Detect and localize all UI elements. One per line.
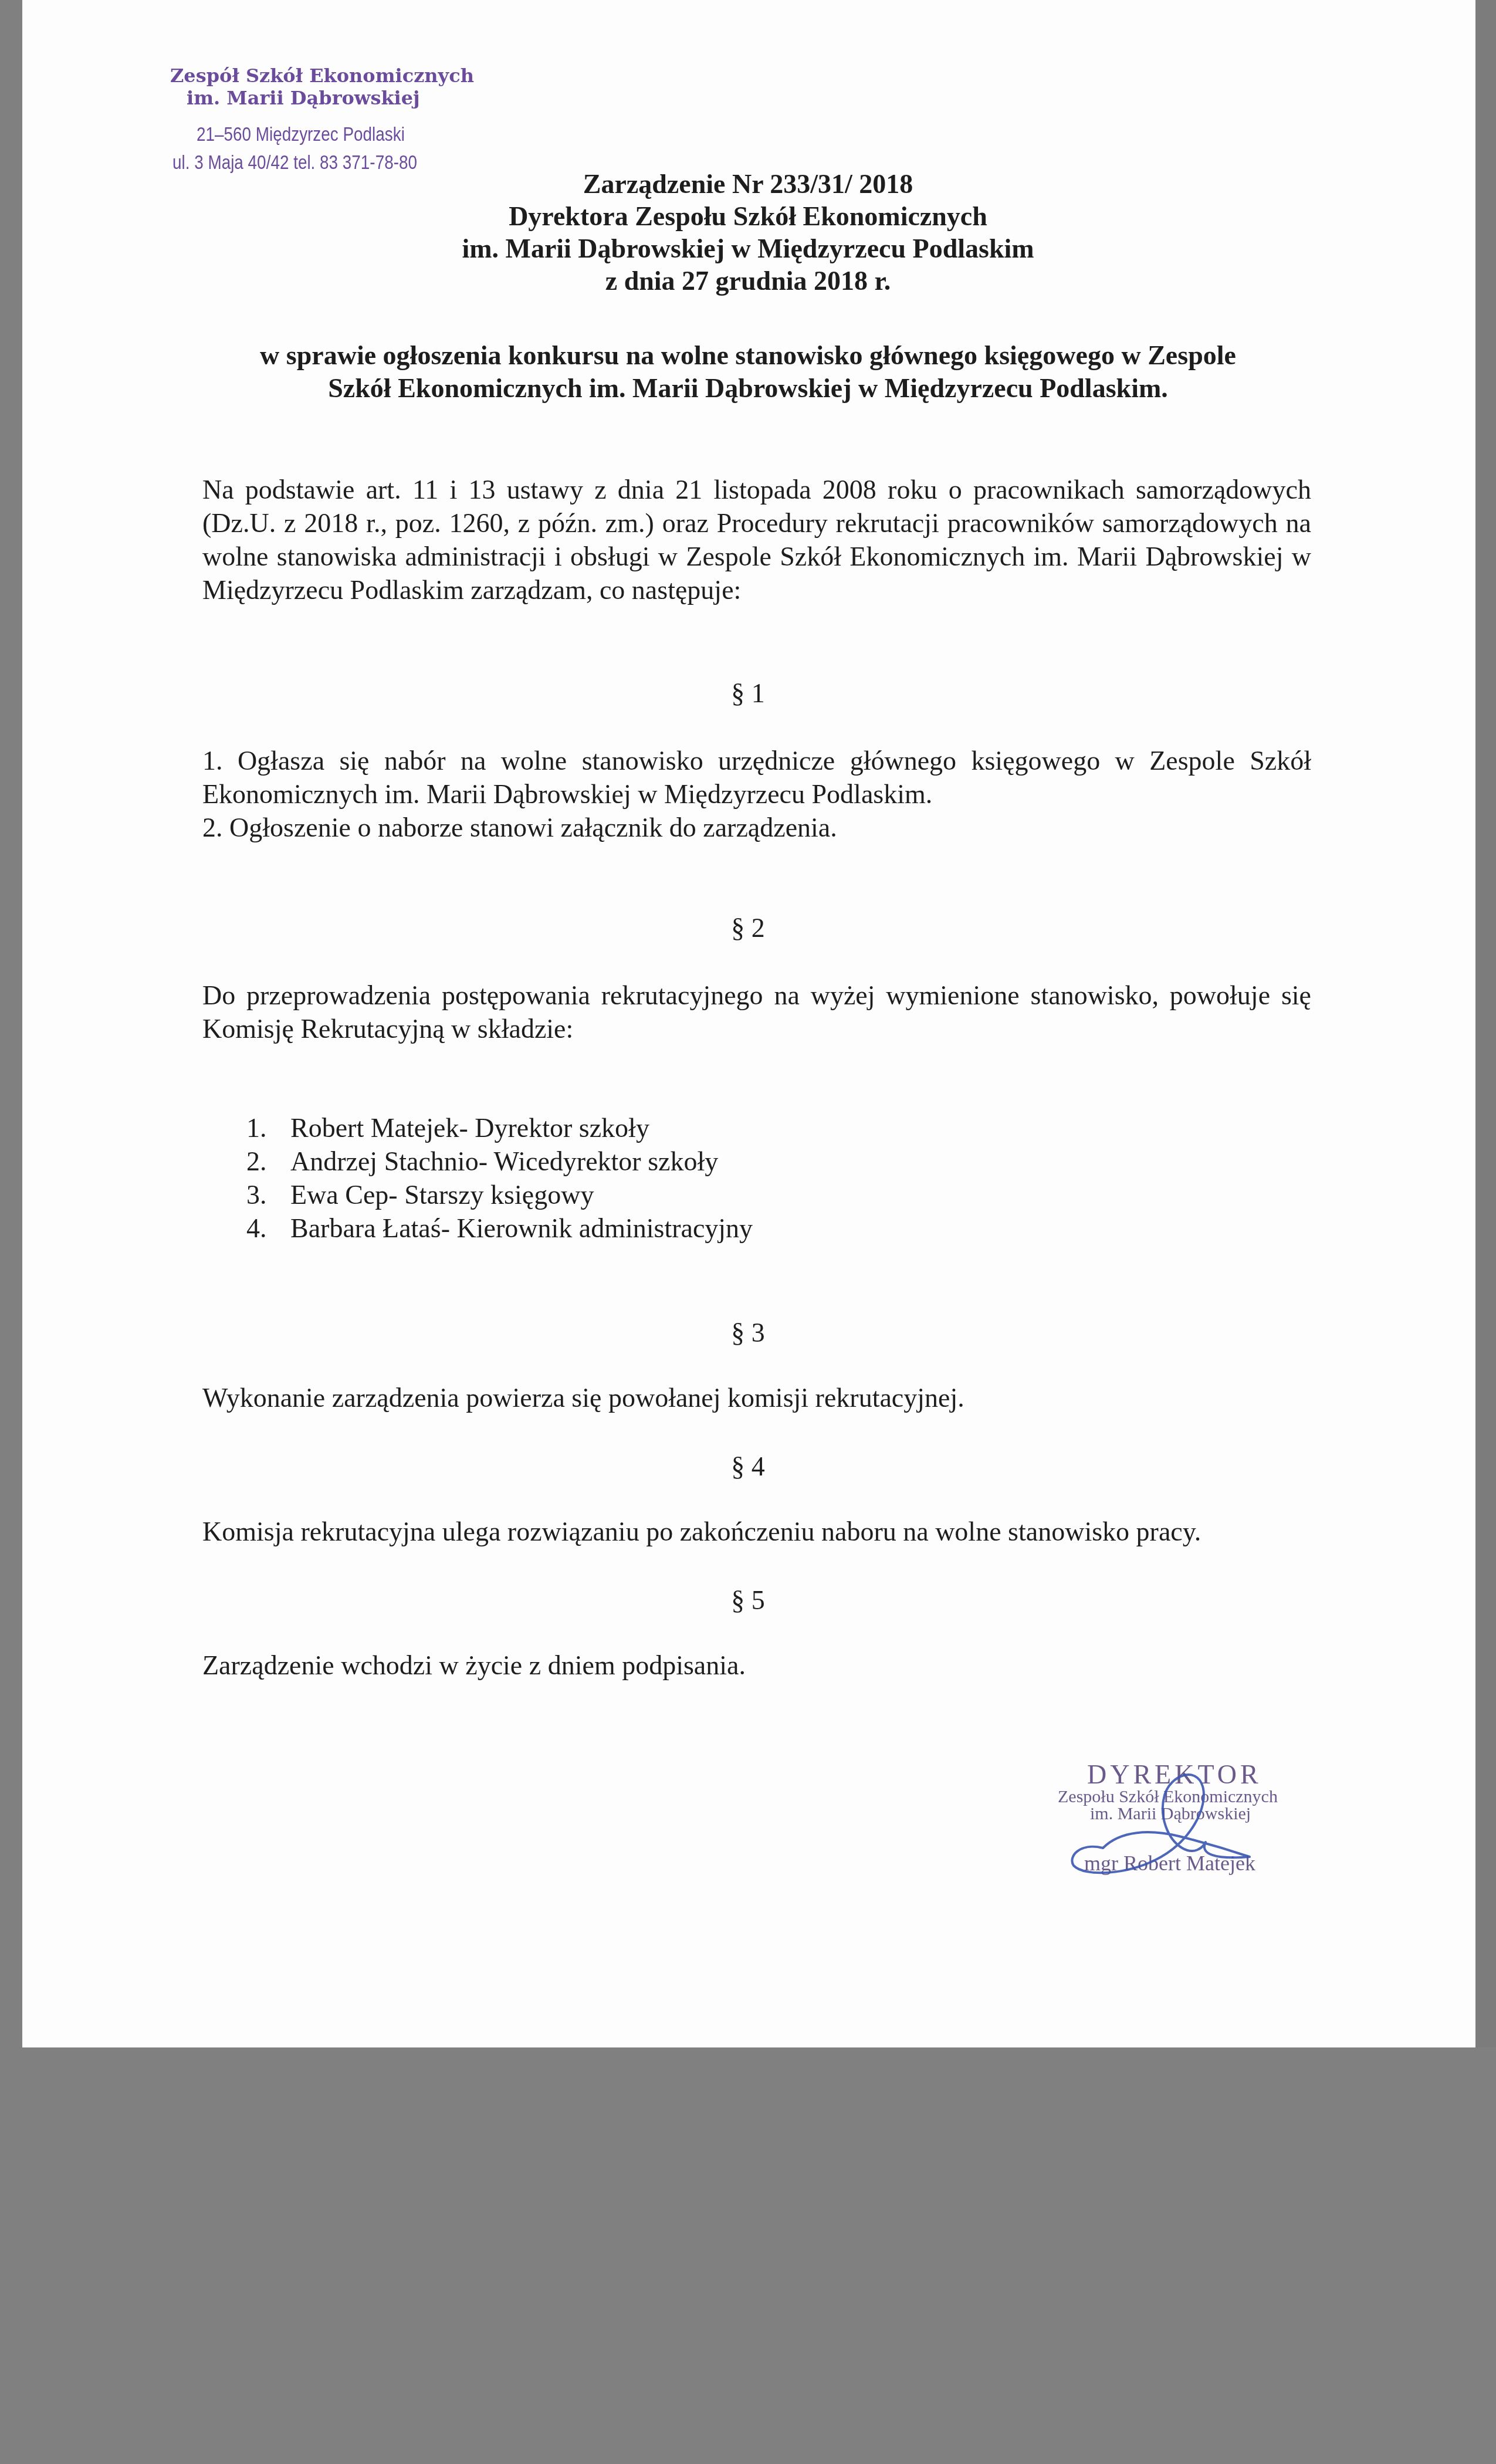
title-issuer: Dyrektora Zespołu Szkół Ekonomicznych [0, 201, 1496, 232]
section-5-text: Zarządzenie wchodzi w życie z dniem podp… [202, 1649, 746, 1682]
list-number: 2. [246, 1145, 290, 1178]
section-1-body: 1. Ogłasza się nabór na wolne stanowisko… [202, 744, 1311, 844]
preamble: Na podstawie art. 11 i 13 ustawy z dnia … [202, 473, 1311, 607]
committee-member: 2.Andrzej Stachnio- Wicedyrektor szkoły [246, 1145, 753, 1178]
subject-line-2: Szkół Ekonomicznych im. Marii Dąbrowskie… [0, 373, 1496, 404]
section-3-mark: § 3 [0, 1318, 1496, 1348]
member-text: Ewa Cep- Starszy księgowy [290, 1178, 594, 1211]
section-1-mark: § 1 [0, 678, 1496, 709]
preamble-text: Na podstawie art. 11 i 13 ustawy z dnia … [202, 473, 1311, 607]
committee-member: 4.Barbara Łataś- Kierownik administracyj… [246, 1211, 753, 1245]
title-number: Zarządzenie Nr 233/31/ 2018 [0, 169, 1496, 199]
member-text: Robert Matejek- Dyrektor szkoły [290, 1111, 649, 1145]
member-text: Barbara Łataś- Kierownik administracyjny [290, 1211, 753, 1245]
section-2-mark: § 2 [0, 913, 1496, 943]
section-1-point-2: 2. Ogłoszenie o naborze stanowi załączni… [202, 811, 1311, 844]
section-2-text: Do przeprowadzenia postępowania rekrutac… [202, 979, 1311, 1045]
list-number: 3. [246, 1178, 290, 1211]
section-4-text: Komisja rekrutacyjna ulega rozwiązaniu p… [202, 1515, 1201, 1548]
title-school: im. Marii Dąbrowskiej w Międzyrzecu Podl… [0, 233, 1496, 264]
section-4-mark: § 4 [0, 1451, 1496, 1482]
stamp-school-name: Zespół Szkół Ekonomicznych [170, 65, 474, 87]
title-date: z dnia 27 grudnia 2018 r. [0, 266, 1496, 296]
member-text: Andrzej Stachnio- Wicedyrektor szkoły [290, 1145, 718, 1178]
scan-edge [1475, 0, 1496, 2047]
list-number: 1. [246, 1111, 290, 1145]
subject-line-1: w sprawie ogłoszenia konkursu na wolne s… [0, 340, 1496, 371]
committee-member: 1.Robert Matejek- Dyrektor szkoły [246, 1111, 753, 1145]
section-3-text: Wykonanie zarządzenia powierza się powoł… [202, 1381, 964, 1414]
committee-list: 1.Robert Matejek- Dyrektor szkoły 2.Andr… [246, 1111, 753, 1245]
list-number: 4. [246, 1211, 290, 1245]
stamp-city: 21–560 Międzyrzec Podlaski [197, 123, 405, 146]
section-1-point-1: 1. Ogłasza się nabór na wolne stanowisko… [202, 744, 1311, 811]
stamp-patron: im. Marii Dąbrowskiej [187, 87, 420, 109]
section-5-mark: § 5 [0, 1585, 1496, 1616]
section-2-body: Do przeprowadzenia postępowania rekrutac… [202, 979, 1311, 1045]
committee-member: 3.Ewa Cep- Starszy księgowy [246, 1178, 753, 1211]
handwritten-signature [1056, 1754, 1291, 1889]
